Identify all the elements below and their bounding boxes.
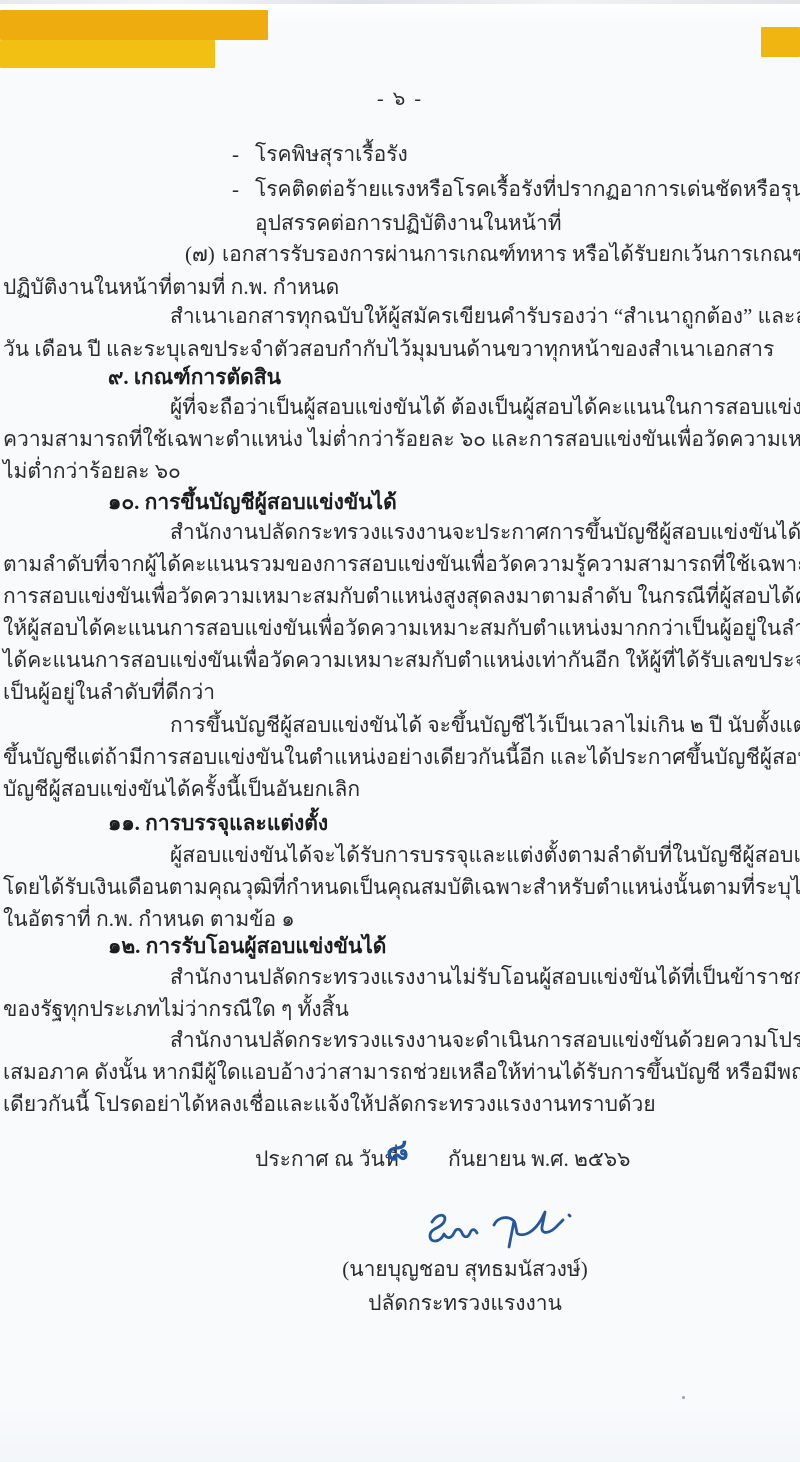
scanned-document-page: - ๖ - - โรคพิษสุราเรื้อรัง - โรคติดต่อร้… — [0, 0, 800, 1462]
date-suffix: กันยายน พ.ศ. ๒๕๖๖ — [448, 1146, 630, 1173]
signature-block: (นายบุญชอบ สุทธมนัสวงษ์) ปลัดกระทรวงแรงง… — [310, 1252, 620, 1320]
bullet-text: โรคติดต่อร้ายแรงหรือโรคเรื้อรังที่ปรากฏอ… — [255, 176, 800, 203]
redaction-bar-top-right — [761, 27, 800, 57]
body-line: สำเนาเอกสารทุกฉบับให้ผู้สมัครเขียนคำรับร… — [170, 303, 800, 330]
body-line: เดียวกันนี้ โปรดอย่าได้หลงเชื่อและแจ้งให… — [3, 1091, 800, 1118]
body-line: วัน เดือน ปี และระบุเลขประจำตัวสอบกำกับไ… — [3, 336, 800, 363]
page-number: - ๖ - — [0, 82, 800, 114]
body-line: ตามลำดับที่จากผู้ได้คะแนนรวมของการสอบแข่… — [3, 551, 800, 578]
body-line: ให้ผู้สอบได้คะแนนการสอบแข่งขันเพื่อวัดคว… — [3, 615, 800, 642]
signature-scribble — [418, 1208, 582, 1254]
body-line: เป็นผู้อยู่ในลำดับที่ดีกว่า — [3, 679, 800, 706]
body-line: การขึ้นบัญชีผู้สอบแข่งขันได้ จะขึ้นบัญชี… — [170, 712, 800, 739]
body-line: เสมอภาค ดังนั้น หากมีผู้ใดแอบอ้างว่าสามา… — [3, 1059, 800, 1086]
body-line: สำนักงานปลัดกระทรวงแรงงานจะประกาศการขึ้น… — [170, 519, 800, 546]
body-line: ไม่ต่ำกว่าร้อยละ ๖๐ — [3, 458, 800, 485]
body-line: สำนักงานปลัดกระทรวงแรงงานไม่รับโอนผู้สอบ… — [170, 964, 800, 991]
date-prefix: ประกาศ ณ วันที่ — [255, 1146, 399, 1173]
body-line: สำนักงานปลัดกระทรวงแรงงานจะดำเนินการสอบแ… — [170, 1027, 800, 1054]
signer-title: ปลัดกระทรวงแรงงาน — [310, 1286, 620, 1320]
bullet-text: โรคพิษสุราเรื้อรัง — [255, 141, 408, 168]
scan-edge-artifact — [0, 0, 800, 4]
body-line: ของรัฐทุกประเภทไม่ว่ากรณีใด ๆ ทั้งสิ้น — [3, 996, 800, 1023]
body-line: ความสามารถที่ใช้เฉพาะตำแหน่ง ไม่ต่ำกว่าร… — [3, 426, 800, 453]
body-line: การสอบแข่งขันเพื่อวัดความเหมาะสมกับตำแหน… — [3, 583, 800, 610]
signer-name: (นายบุญชอบ สุทธมนัสวงษ์) — [310, 1252, 620, 1286]
body-line: ขึ้นบัญชีแต่ถ้ามีการสอบแข่งขันในตำแหน่งอ… — [3, 744, 800, 771]
redaction-bar-top-left-1 — [0, 10, 268, 40]
item-number: (๗) — [185, 241, 215, 268]
section-9-heading: ๙. เกณฑ์การตัดสิน — [108, 364, 800, 391]
body-line: โดยได้รับเงินเดือนตามคุณวุฒิที่กำหนดเป็น… — [3, 874, 800, 901]
body-line: บัญชีผู้สอบแข่งขันได้ครั้งนี้เป็นอันยกเล… — [3, 776, 800, 803]
scan-speck-artifact — [682, 1396, 685, 1399]
body-line: ในอัตราที่ ก.พ. กำหนด ตามข้อ ๑ — [3, 906, 800, 933]
body-line: ปฏิบัติงานในหน้าที่ตามที่ ก.พ. กำหนด — [3, 274, 800, 301]
handwritten-day: ๘ — [385, 1137, 410, 1166]
item-text: เอกสารรับรองการผ่านการเกณฑ์ทหาร หรือได้ร… — [222, 241, 800, 268]
section-10-heading: ๑๐. การขึ้นบัญชีผู้สอบแข่งขันได้ — [108, 489, 800, 516]
redaction-bar-top-left-2 — [0, 40, 215, 68]
body-line: ผู้สอบแข่งขันได้จะได้รับการบรรจุและแต่งต… — [170, 842, 800, 869]
bullet-dash: - — [232, 176, 239, 203]
body-line: ได้คะแนนการสอบแข่งขันเพื่อวัดความเหมาะสม… — [3, 647, 800, 674]
body-line: อุปสรรคต่อการปฏิบัติงานในหน้าที่ — [255, 210, 800, 237]
bullet-dash: - — [232, 141, 239, 168]
section-12-heading: ๑๒. การรับโอนผู้สอบแข่งขันได้ — [108, 933, 800, 960]
body-line: ผู้ที่จะถือว่าเป็นผู้สอบแข่งขันได้ ต้องเ… — [170, 394, 800, 421]
section-11-heading: ๑๑. การบรรจุและแต่งตั้ง — [108, 810, 800, 837]
